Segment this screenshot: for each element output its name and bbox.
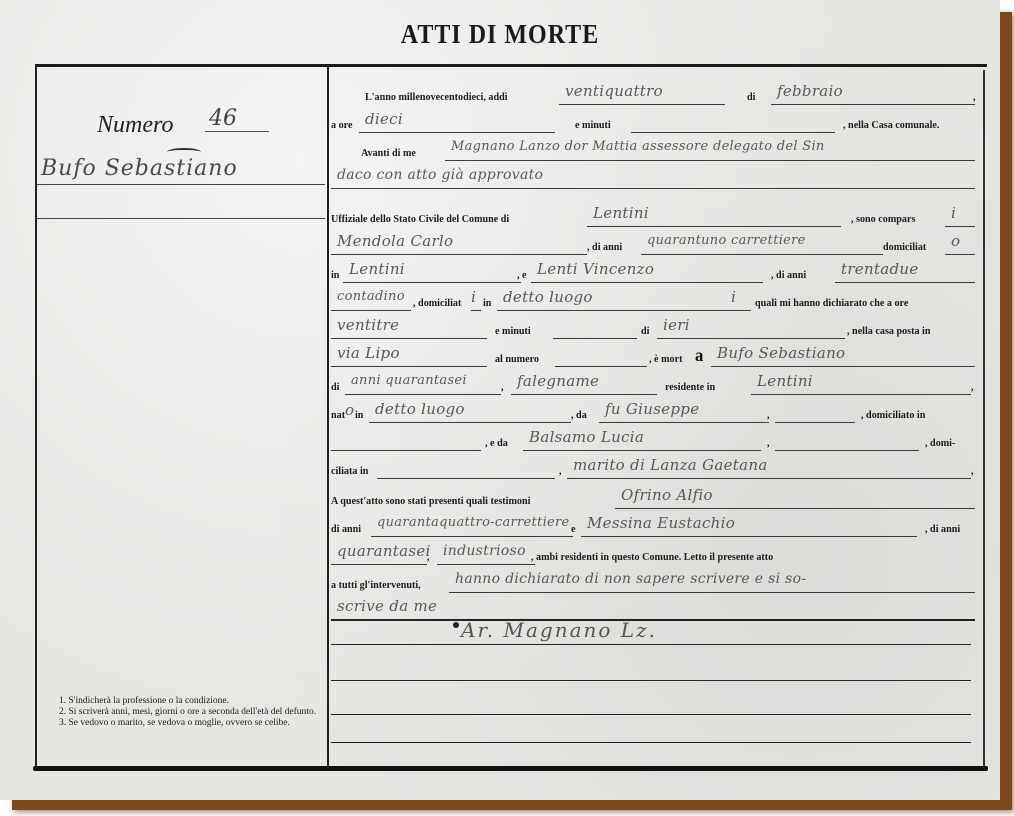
label-di-anni: , di anni — [925, 523, 960, 535]
field-age-witness2: quarantasei — [331, 540, 427, 565]
punct: , — [971, 465, 974, 477]
label-nat: nat — [331, 409, 345, 421]
field-hour: dieci — [359, 108, 555, 133]
label-domiciliat: domiciliat — [883, 241, 926, 253]
signature-line — [331, 644, 971, 645]
field-declarant1: Mendola Carlo — [331, 230, 587, 255]
label-ambi-residenti: , ambi residenti in questo Comune. Letto… — [531, 551, 773, 563]
form-row-witness1: A quest'atto sono stati presenti quali t… — [331, 484, 979, 510]
label-casa-comunale: , nella Casa comunale. — [843, 119, 939, 131]
label-domi: , domi- — [925, 437, 955, 449]
label-dichiarato: quali mi hanno dichiarato che a ore — [755, 297, 908, 309]
label-in: in — [355, 409, 363, 421]
field-residence: Lentini — [751, 370, 971, 395]
field-father-domicile — [331, 450, 481, 451]
field-mother-domicile — [377, 478, 555, 479]
label-di: di — [641, 325, 649, 337]
label-in: in — [331, 269, 339, 281]
left-rule — [37, 184, 325, 185]
label-e: e — [571, 523, 575, 535]
form-row-age-profession: di anni quarantasei , falegname resident… — [331, 370, 979, 396]
field-officer-cont: daco con atto già approvato — [331, 164, 975, 189]
label-domiciliat: , domiciliat — [413, 297, 461, 309]
label-in: in — [483, 297, 491, 309]
label-da: , da — [571, 409, 587, 421]
field-occupation2: contadino — [331, 286, 411, 311]
form-row-occupation2: contadino , domiciliat i in detto luogo … — [331, 286, 979, 312]
field-father: fu Giuseppe — [599, 398, 769, 423]
form-row-witness2-age: quarantasei , industrioso , ambi residen… — [331, 540, 979, 566]
label-year: L'anno millenovecentodieci, addì — [365, 91, 508, 103]
top-rule — [35, 64, 987, 67]
field-mort-suffix: a — [695, 345, 703, 366]
label-avanti: Avanti di me — [361, 147, 416, 159]
ink-dot — [453, 622, 459, 628]
label-casa-posta: , nella casa posta in — [847, 325, 931, 337]
form-row-comune: Uffiziale dello Stato Civile del Comune … — [331, 202, 979, 228]
bottom-rule — [33, 766, 988, 771]
field-profession: falegname — [511, 370, 657, 395]
field-compars-suffix: i — [945, 202, 975, 227]
field-conj: i — [729, 286, 751, 311]
field-hour-death: ventitre — [331, 314, 487, 339]
label-di-anni: di anni — [331, 523, 361, 535]
form-row-death-time: ventitre e minuti di ieri , nella casa p… — [331, 314, 979, 340]
footnote-2: 2. Si scriverà anni, mesi, giorni o ore … — [41, 707, 321, 718]
field-month: febbraio — [771, 80, 975, 105]
field-father-status — [775, 422, 855, 423]
punct: , — [559, 465, 562, 477]
left-panel: Numero 46 Bufo Sebastiano 1. S'indicherà… — [37, 68, 327, 766]
field-declarant2: Lenti Vincenzo — [531, 258, 763, 283]
label-al-numero: al numero — [495, 353, 539, 365]
form-row-date: L'anno millenovecentodieci, addì ventiqu… — [331, 80, 979, 106]
field-domiciliat-suffix: i — [471, 286, 481, 311]
label-intervenuti: a tutti gl'intervenuti, — [331, 579, 421, 591]
field-officer: Magnano Lanzo dor Mattia assessore deleg… — [445, 136, 975, 161]
label-testimoni: A quest'atto sono stati presenti quali t… — [331, 495, 530, 507]
form-row-declarant1: Mendola Carlo , di anni quarantuno carre… — [331, 230, 979, 256]
label-di: di — [747, 91, 755, 103]
punct: , — [767, 437, 770, 449]
field-mother: Balsamo Lucia — [523, 426, 761, 451]
field-birthplace: detto luogo — [369, 398, 571, 423]
field-comune: Lentini — [587, 202, 841, 227]
label-compars: , sono compars — [851, 213, 915, 225]
page-title: ATTI DI MORTE — [0, 20, 1000, 51]
footnotes: 1. S'indicherà la professione o la condi… — [41, 696, 321, 729]
field-nat-suffix: o — [345, 399, 351, 423]
field-minutes-death — [553, 338, 637, 339]
form-row-witness2: di anni quarantaquattro-carrettiere e Me… — [331, 512, 979, 538]
form-row-death-place: via Lipo al numero , è mort a Bufo Sebas… — [331, 342, 979, 368]
form-row-marital: ciliata in , marito di Lanza Gaetana , — [331, 454, 979, 480]
form-row-time: a ore dieci e minuti , nella Casa comuna… — [331, 108, 979, 134]
label-residente: residente in — [665, 381, 715, 393]
form-row-birth-father: nat o in detto luogo , da fu Giuseppe , … — [331, 398, 979, 424]
field-domiciliat-suffix: o — [945, 230, 975, 255]
signature-line — [331, 680, 971, 681]
field-marital-status: marito di Lanza Gaetana — [567, 454, 971, 479]
label-ciliata-in: ciliata in — [331, 465, 368, 477]
field-place2: detto luogo — [497, 286, 733, 311]
officer-signature: Ar. Magnano Lz. — [461, 618, 657, 642]
field-day-death: ieri — [657, 314, 845, 339]
field-deceased: Bufo Sebastiano — [711, 342, 975, 367]
field-minutes — [631, 132, 835, 133]
right-border — [983, 70, 985, 770]
field-age-deceased: anni quarantasei — [345, 370, 501, 395]
field-age2: trentadue — [835, 258, 975, 283]
field-street: via Lipo — [331, 342, 487, 367]
field-house-number — [555, 366, 647, 367]
label-e-da: , e da — [485, 437, 508, 449]
label-uffiziale: Uffiziale dello Stato Civile del Comune … — [331, 213, 509, 225]
footnote-1: 1. S'indicherà la professione o la condi… — [41, 696, 321, 707]
label-e-mort: , è mort — [649, 353, 682, 365]
field-place1: Lentini — [343, 258, 521, 283]
field-witness1: Ofrino Alfio — [615, 484, 975, 509]
column-divider — [327, 66, 329, 766]
form-row-mother: , e da Balsamo Lucia , , domi- — [331, 426, 979, 452]
record-number: 46 — [205, 106, 269, 132]
label-e: , e — [517, 269, 527, 281]
form-row-statement: a tutti gl'intervenuti, hanno dichiarato… — [331, 568, 979, 594]
document-frame: ATTI DI MORTE Numero 46 Bufo Sebastiano … — [0, 0, 1014, 816]
label-minuti: e minuti — [495, 325, 531, 337]
footnote-3: 3. Se vedovo o marito, se vedova o mogli… — [41, 718, 321, 729]
punct: , — [767, 409, 770, 421]
death-certificate-page: ATTI DI MORTE Numero 46 Bufo Sebastiano … — [0, 0, 1000, 800]
field-occupation-witness2: industrioso — [437, 540, 535, 565]
field-age1: quarantuno carrettiere — [641, 230, 883, 255]
field-mother-status — [775, 450, 919, 451]
numero-label: Numero — [97, 112, 173, 139]
punct: , — [973, 91, 976, 103]
left-rule — [37, 218, 325, 219]
field-day: ventiquattro — [559, 80, 725, 105]
label-ore: a ore — [331, 119, 352, 131]
field-age-witness1: quarantaquattro-carrettiere — [371, 512, 573, 537]
flourish-ornament — [167, 148, 201, 156]
label-di: di — [331, 381, 339, 393]
form-row-officer: Avanti di me Magnano Lanzo dor Mattia as… — [331, 136, 979, 162]
deceased-name-margin: Bufo Sebastiano — [41, 156, 238, 181]
signature-line — [331, 714, 971, 715]
field-statement: hanno dichiarato di non sapere scrivere … — [449, 568, 975, 593]
field-witness2: Messina Eustachio — [581, 512, 917, 537]
form-row-officer-cont: daco con atto già approvato — [331, 164, 979, 190]
label-domiciliato-in: , domiciliato in — [861, 409, 925, 421]
signature-line — [331, 742, 971, 743]
form-row-declarant2: in Lentini , e Lenti Vincenzo , di anni … — [331, 258, 979, 284]
label-di-anni: , di anni — [587, 241, 622, 253]
label-di-anni: , di anni — [771, 269, 806, 281]
punct: , — [501, 381, 504, 393]
punct: , — [971, 381, 974, 393]
label-minuti: e minuti — [575, 119, 611, 131]
punct: , — [427, 551, 430, 563]
